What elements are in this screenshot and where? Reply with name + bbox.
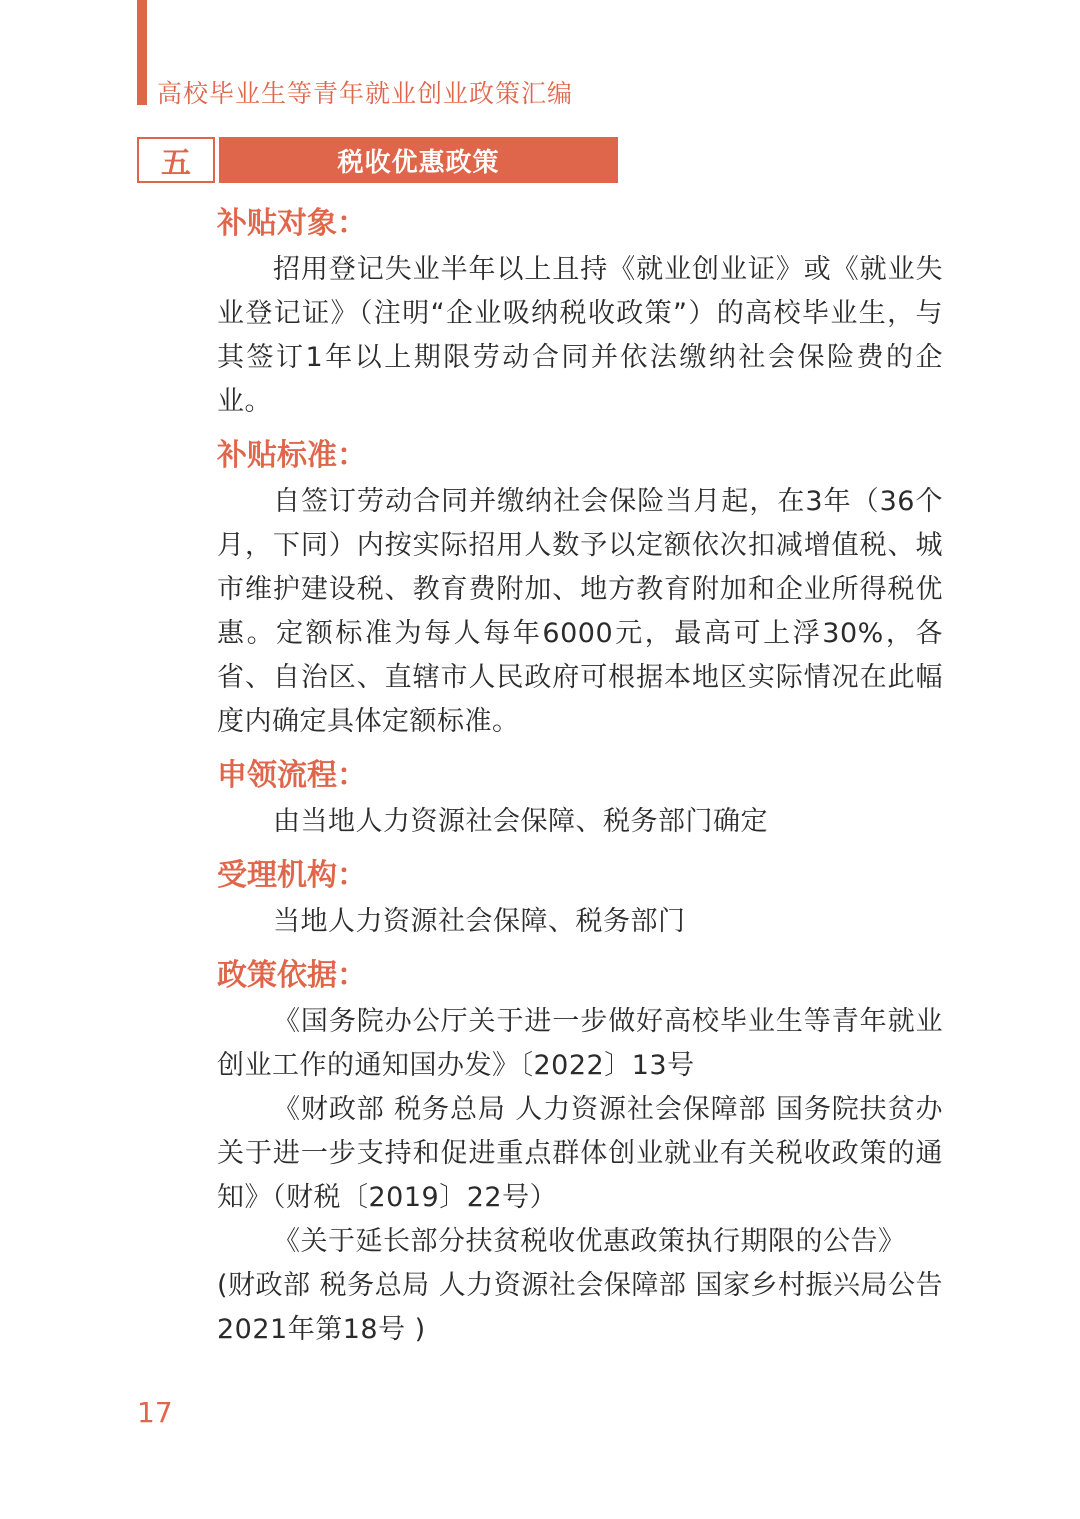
heading-handling-agency: 受理机构： (217, 852, 943, 900)
section-number: 五 (137, 137, 215, 183)
block-handling-agency: 受理机构： 当地人力资源社会保障、税务部门 (217, 852, 943, 944)
block-subsidy-standard: 补贴标准： 自签订劳动合同并缴纳社会保险当月起，在3年（36个月，下同）内按实际… (217, 432, 943, 744)
policy-content: 补贴对象： 招用登记失业半年以上且持《就业创业证》或《就业失业登记证》（注明“企… (217, 200, 943, 1352)
section-banner: 五 税收优惠政策 (137, 137, 618, 183)
page-number: 17 (137, 1396, 173, 1429)
heading-application-process: 申领流程： (217, 752, 943, 800)
paragraph: 招用登记失业半年以上且持《就业创业证》或《就业失业登记证》（注明“企业吸纳税收政… (217, 248, 943, 424)
heading-subsidy-standard: 补贴标准： (217, 432, 943, 480)
block-subsidy-target: 补贴对象： 招用登记失业半年以上且持《就业创业证》或《就业失业登记证》（注明“企… (217, 200, 943, 424)
header-accent-bar (137, 0, 147, 105)
block-application-process: 申领流程： 由当地人力资源社会保障、税务部门确定 (217, 752, 943, 844)
section-title: 税收优惠政策 (219, 137, 618, 183)
heading-policy-basis: 政策依据： (217, 952, 943, 1000)
policy-reference-note: (财政部 税务总局 人力资源社会保障部 国家乡村振兴局公告2021年第18号 ) (217, 1264, 943, 1352)
block-policy-basis: 政策依据： 《国务院办公厅关于进一步做好高校毕业生等青年就业创业工作的通知国办发… (217, 952, 943, 1352)
policy-reference: 《国务院办公厅关于进一步做好高校毕业生等青年就业创业工作的通知国办发》〔2022… (217, 1000, 943, 1088)
paragraph: 由当地人力资源社会保障、税务部门确定 (217, 800, 943, 844)
policy-reference: 《财政部 税务总局 人力资源社会保障部 国务院扶贫办关于进一步支持和促进重点群体… (217, 1088, 943, 1220)
paragraph: 当地人力资源社会保障、税务部门 (217, 900, 943, 944)
heading-subsidy-target: 补贴对象： (217, 200, 943, 248)
document-header-title: 高校毕业生等青年就业创业政策汇编 (157, 74, 573, 110)
paragraph: 自签订劳动合同并缴纳社会保险当月起，在3年（36个月，下同）内按实际招用人数予以… (217, 480, 943, 744)
policy-reference: 《关于延长部分扶贫税收优惠政策执行期限的公告》 (217, 1220, 943, 1264)
